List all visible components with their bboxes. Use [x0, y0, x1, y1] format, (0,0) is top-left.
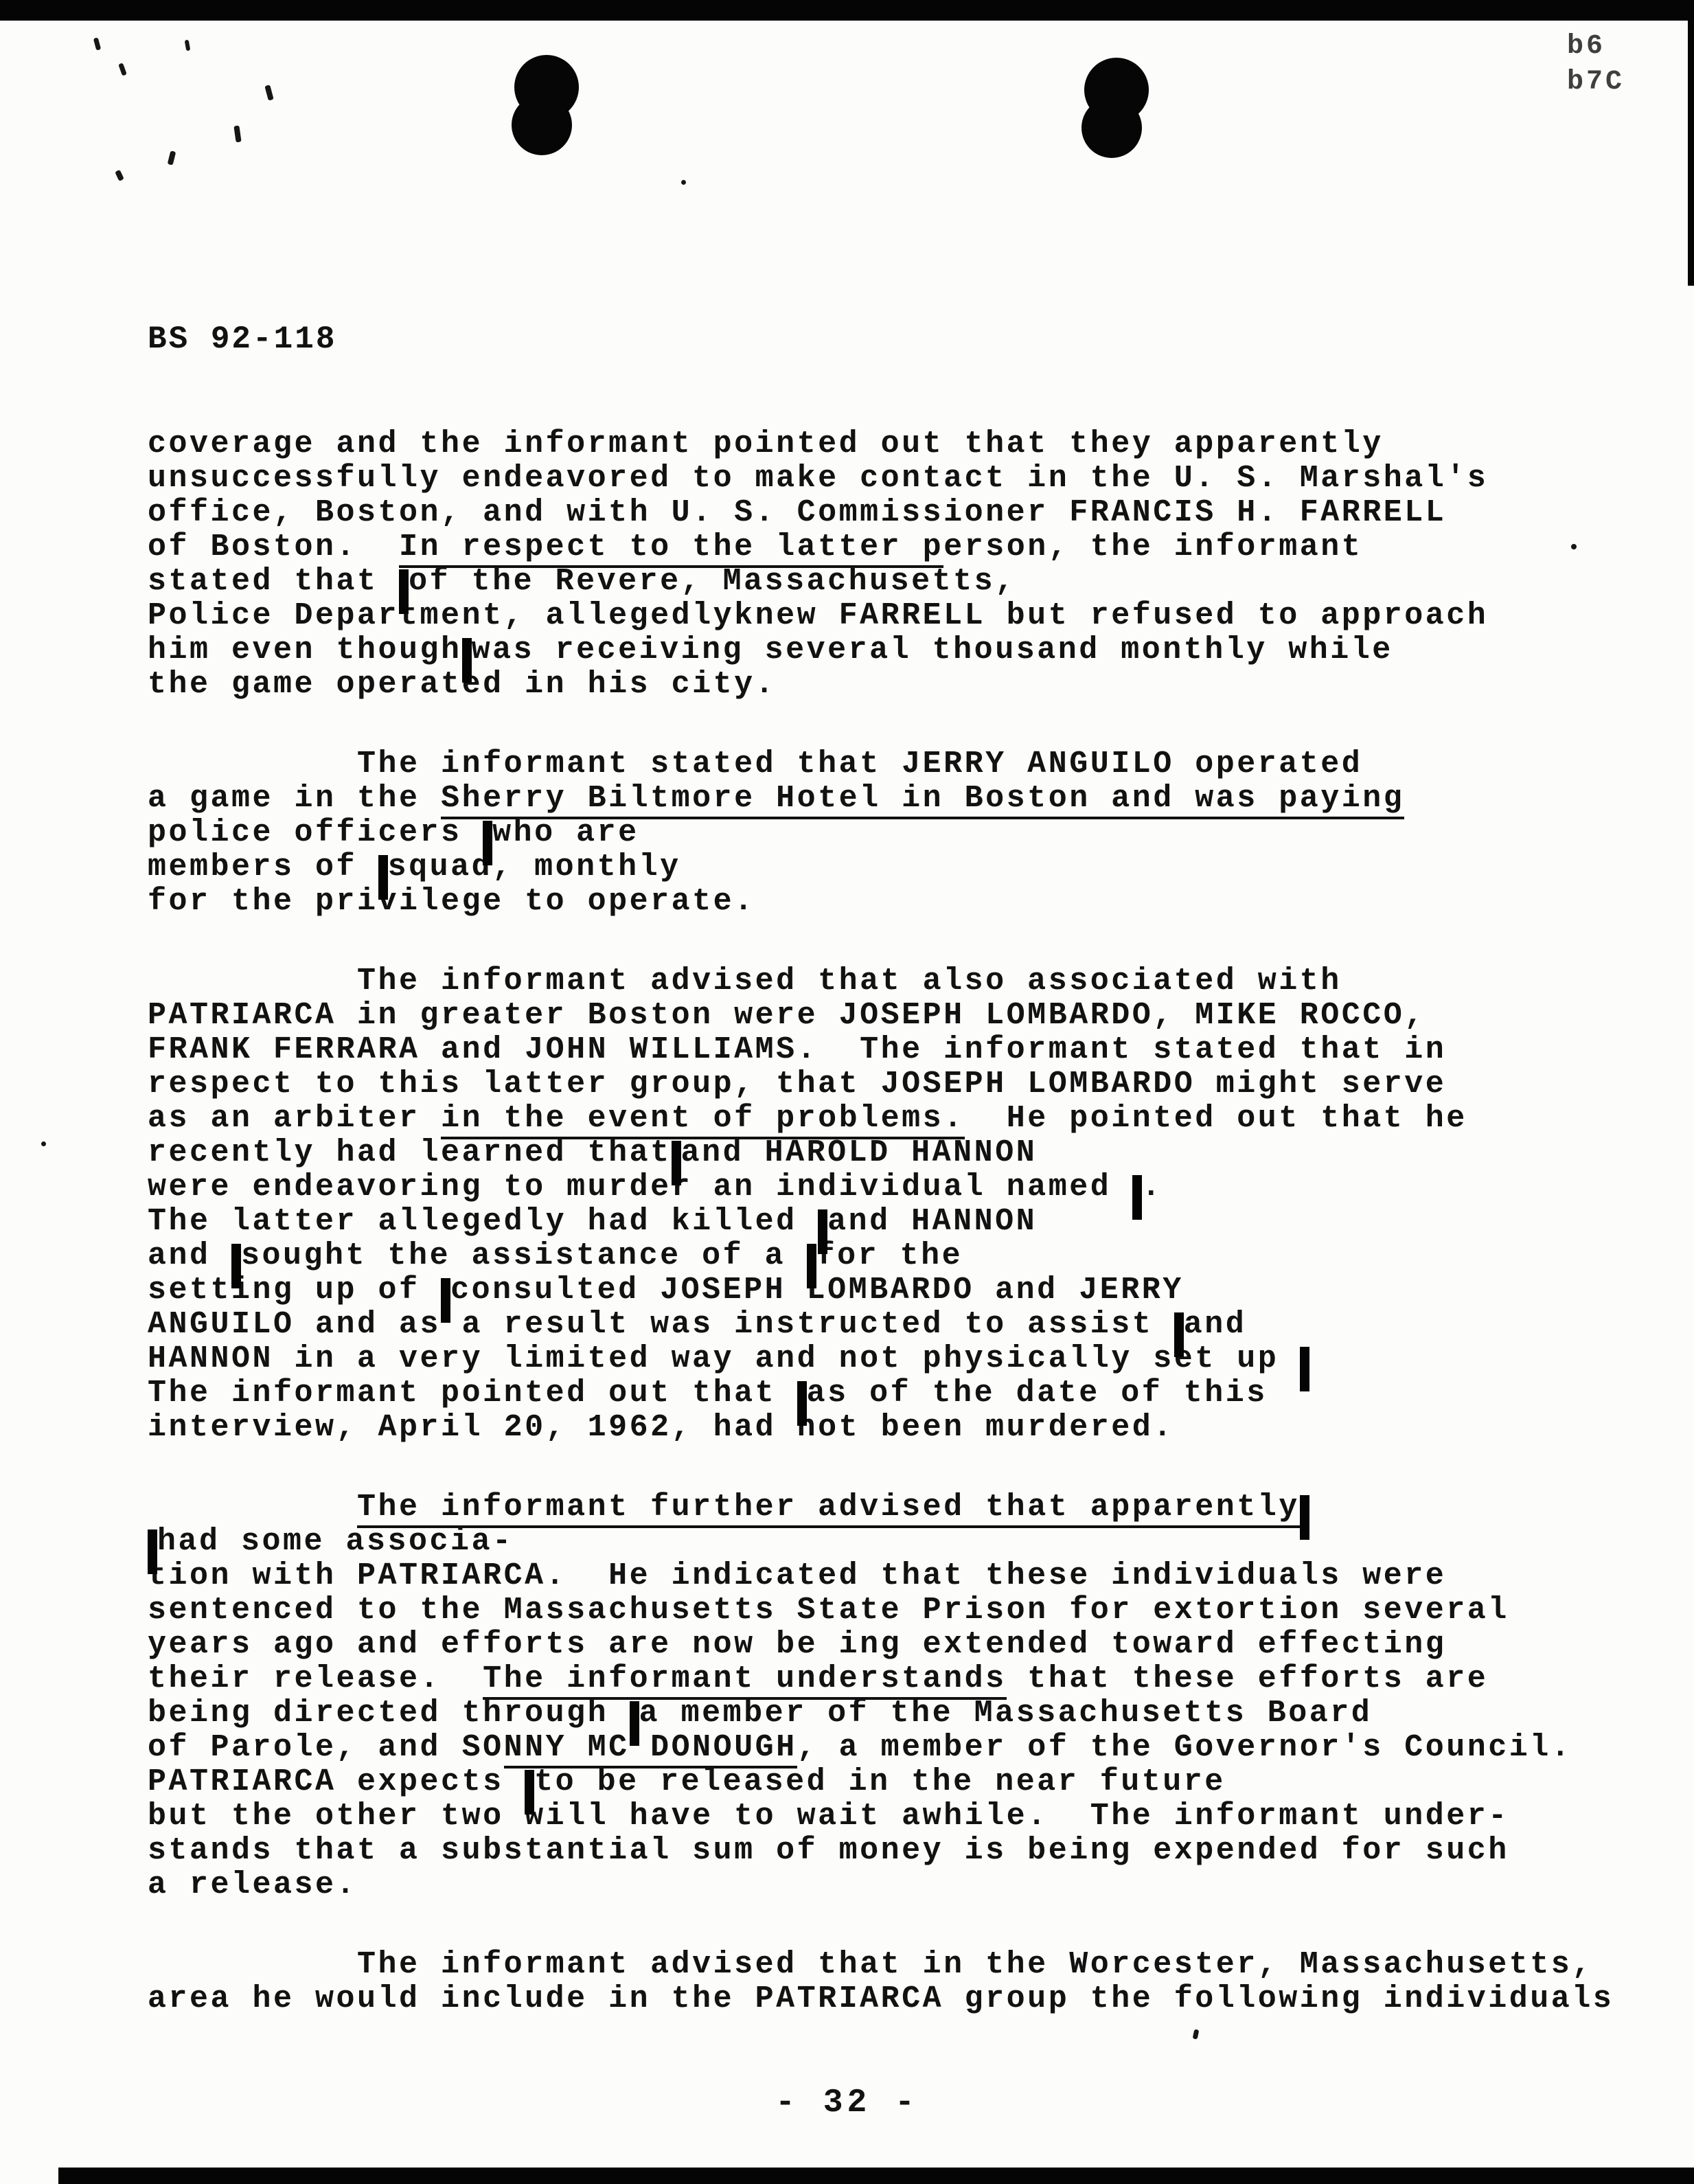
text-run: erson, the informant [943, 530, 1362, 565]
underlined-text: The informant further advised that appar… [357, 1490, 1300, 1528]
text-line: The informant advised that in the Worces… [148, 1948, 1694, 1982]
text-run: was receiving several thousand monthly w… [472, 633, 1393, 668]
text-run: interview, April 20, 1962, had not been … [148, 1410, 1174, 1445]
text-run: HANNON in a very limited way and not phy… [148, 1341, 1300, 1376]
text-run: but the other two will have to wait awhi… [148, 1799, 1509, 1834]
text-run: and HANNON [827, 1204, 1037, 1239]
text-line: years ago and efforts are now be ing ext… [148, 1628, 1694, 1662]
scan-artifact [118, 62, 127, 76]
redaction-box [1174, 1312, 1184, 1357]
scan-artifact [1571, 544, 1577, 549]
text-line: coverage and the informant pointed out t… [148, 427, 1694, 462]
text-line: The informant stated that JERRY ANGUILO … [148, 747, 1694, 782]
classification-mark-b7c: b7C [1567, 65, 1625, 100]
scan-artifact [264, 84, 273, 100]
redaction-box [231, 1244, 241, 1288]
text-line: stands that a substantial sum of money i… [148, 1834, 1694, 1868]
text-line: ANGUILO and as a result was instructed t… [148, 1308, 1694, 1342]
text-run: stands that a substantial sum of money i… [148, 1833, 1509, 1868]
text-run: for the [816, 1238, 963, 1273]
text-line: and sought the assistance of a for the [148, 1239, 1694, 1273]
text-line: sentenced to the Massachusetts State Pri… [148, 1593, 1694, 1628]
text-line: The latter allegedly had killed and HANN… [148, 1205, 1694, 1239]
text-line: interview, April 20, 1962, had not been … [148, 1411, 1694, 1445]
page-number: - 32 - [0, 2084, 1694, 2122]
text-run: recently had learned that [148, 1135, 672, 1170]
classification-marks: b6 b7C [1567, 29, 1625, 100]
text-run: who are [492, 815, 639, 850]
text-line: respect to this latter group, that JOSEP… [148, 1067, 1694, 1102]
redaction-box [399, 569, 409, 614]
text-line: unsuccessfully endeavored to make contac… [148, 462, 1694, 496]
paragraph: The informant advised that in the Worces… [148, 1948, 1694, 2016]
paragraph: The informant further advised that appar… [148, 1490, 1694, 1902]
text-run: and HAROLD HANNON [681, 1135, 1038, 1170]
redaction-box [630, 1701, 639, 1746]
text-line: area he would include in the PATRIARCA g… [148, 1982, 1694, 2016]
text-run: him even though [148, 633, 462, 668]
text-line: had some associa- [148, 1525, 1694, 1559]
text-run: PATRIARCA expects [148, 1764, 525, 1799]
text-line: him even thoughwas receiving several tho… [148, 633, 1694, 668]
text-run: stated that [148, 564, 399, 599]
text-run: members of [148, 850, 378, 885]
text-line: of Parole, and SONNY MC DONOUGH, a membe… [148, 1731, 1694, 1765]
text-line: stated that of the Revere, Massachusetts… [148, 565, 1694, 599]
scan-artifact [115, 170, 124, 181]
text-run: office, Boston, and with U. S. Commissio… [148, 495, 1446, 530]
text-run: , a member of the Governor's Council. [797, 1730, 1572, 1765]
text-run: FRANK FERRARA and JOHN WILLIAMS. The inf… [148, 1032, 1446, 1067]
file-number: BS 92-118 [148, 321, 336, 357]
scan-artifact [93, 37, 101, 50]
text-run: tion with PATRIARCA. He indicated that t… [148, 1558, 1446, 1593]
scan-artifact [168, 150, 176, 165]
text-run: sought the assistance of a [241, 1238, 807, 1273]
underlined-text: in the event of problems. [441, 1101, 965, 1139]
text-run: coverage and the informant pointed out t… [148, 426, 1384, 462]
text-line: police officers who are [148, 816, 1694, 850]
redaction-box [462, 638, 472, 683]
text-run: that these efforts are [1007, 1661, 1489, 1696]
underlined-text: In respect to the latter p [399, 530, 943, 568]
text-run: The informant pointed out that [148, 1376, 797, 1411]
text-run: The informant advised that in the Worces… [148, 1947, 1593, 1982]
redaction-box [807, 1244, 816, 1288]
text-run: consulted JOSEPH LOMBARDO and JERRY [450, 1273, 1184, 1308]
text-run: a member of the Massachusetts Board [639, 1696, 1373, 1731]
text-run: He pointed out that he [965, 1101, 1467, 1136]
text-line: were endeavoring to murder an individual… [148, 1170, 1694, 1205]
text-line: members of squad, monthly [148, 850, 1694, 885]
text-run: squad, monthly [388, 850, 681, 885]
text-run: Police Department, allegedlyknew FARRELL… [148, 598, 1488, 633]
text-line: office, Boston, and with U. S. Commissio… [148, 496, 1694, 530]
text-run: their release. [148, 1661, 483, 1696]
text-run: unsuccessfully endeavored to make contac… [148, 461, 1488, 496]
hole-punch-right [1081, 58, 1150, 158]
text-run: were endeavoring to murder an individual… [148, 1170, 1132, 1205]
text-line: but the other two will have to wait awhi… [148, 1799, 1694, 1834]
text-line: FRANK FERRARA and JOHN WILLIAMS. The inf… [148, 1033, 1694, 1067]
text-run: of Boston. [148, 530, 399, 565]
classification-mark-b6: b6 [1567, 29, 1625, 65]
underlined-text: Sherry Biltmore Hotel in Boston and was … [441, 781, 1404, 819]
redaction-box [378, 855, 388, 900]
text-run: sentenced to the Massachusetts State Pri… [148, 1593, 1509, 1628]
text-line: the game operated in his city. [148, 668, 1694, 702]
text-line: PATRIARCA expects to be released in the … [148, 1765, 1694, 1799]
text-run: being directed through [148, 1696, 630, 1731]
text-line: PATRIARCA in greater Boston were JOSEPH … [148, 999, 1694, 1033]
text-run: had some associa- [157, 1524, 514, 1559]
text-run: years ago and efforts are now be ing ext… [148, 1627, 1446, 1662]
paragraph: The informant stated that JERRY ANGUILO … [148, 747, 1694, 919]
text-run [148, 1490, 357, 1525]
redaction-box [672, 1141, 681, 1185]
scan-artifact [41, 1141, 46, 1146]
text-run: PATRIARCA in greater Boston were JOSEPH … [148, 998, 1426, 1033]
text-line: recently had learned thatand HAROLD HANN… [148, 1136, 1694, 1170]
text-line: their release. The informant understands… [148, 1662, 1694, 1696]
redaction-box [818, 1209, 827, 1254]
text-line: Police Department, allegedlyknew FARRELL… [148, 599, 1694, 633]
text-run: as an arbiter [148, 1101, 441, 1136]
text-run: respect to this latter group, that JOSEP… [148, 1067, 1446, 1102]
redaction-box [1300, 1347, 1309, 1391]
text-run: of Parole, and SO [148, 1730, 504, 1765]
redaction-box [1132, 1175, 1142, 1220]
text-run: of the Revere, Massachusetts, [409, 564, 1016, 599]
text-line: being directed through a member of the M… [148, 1696, 1694, 1731]
text-run: as of the date of this [807, 1376, 1268, 1411]
text-line: tion with PATRIARCA. He indicated that t… [148, 1559, 1694, 1593]
text-line: a release. [148, 1868, 1694, 1902]
text-line: setting up of consulted JOSEPH LOMBARDO … [148, 1273, 1694, 1308]
document-body: coverage and the informant pointed out t… [148, 427, 1694, 2062]
text-run: The informant advised that also associat… [148, 964, 1342, 999]
text-run: a release. [148, 1867, 357, 1902]
text-line: as an arbiter in the event of problems. … [148, 1102, 1694, 1136]
paragraph: The informant advised that also associat… [148, 964, 1694, 1445]
underlined-text: NNY MC DONOUGH [504, 1730, 797, 1768]
text-run: for the privilege to operate. [148, 884, 755, 919]
paragraph: coverage and the informant pointed out t… [148, 427, 1694, 702]
text-line: The informant further advised that appar… [148, 1490, 1694, 1525]
underlined-text: The informant understands [483, 1661, 1007, 1700]
text-run: ANGUILO and as a result was instructed t… [148, 1307, 1174, 1342]
redaction-box [441, 1278, 450, 1323]
text-run: The informant stated that JERRY ANGUILO … [148, 747, 1362, 782]
text-run: The latter allegedly had killed [148, 1204, 818, 1239]
text-line: The informant advised that also associat… [148, 964, 1694, 999]
redaction-box [148, 1529, 157, 1574]
text-line: The informant pointed out that as of the… [148, 1376, 1694, 1411]
scanned-document-page: b6 b7C BS 92-118 coverage and the inform… [0, 0, 1694, 2184]
redaction-box [525, 1770, 534, 1815]
text-line: HANNON in a very limited way and not phy… [148, 1342, 1694, 1376]
text-run: and [148, 1238, 231, 1273]
text-run: . [1142, 1170, 1163, 1205]
hole-punch-left [512, 55, 580, 155]
scan-edge-bar-bottom [58, 2168, 1694, 2184]
scan-artifact [681, 180, 686, 185]
text-run: a game in the [148, 781, 441, 816]
redaction-box [797, 1381, 807, 1426]
scan-artifact [185, 40, 191, 52]
text-line: a game in the Sherry Biltmore Hotel in B… [148, 782, 1694, 816]
text-run: police officers [148, 815, 483, 850]
text-run: area he would include in the PATRIARCA g… [148, 1981, 1614, 2016]
text-run: and [1184, 1307, 1247, 1342]
text-line: of Boston. In respect to the latter pers… [148, 530, 1694, 565]
redaction-box [483, 821, 492, 865]
text-run: setting up of [148, 1273, 441, 1308]
scan-edge-bar-top [0, 0, 1694, 21]
redaction-box [1300, 1495, 1309, 1540]
text-run: to be released in the near future [534, 1764, 1226, 1799]
scan-artifact [233, 126, 241, 143]
scan-edge-line-right [1688, 18, 1694, 286]
